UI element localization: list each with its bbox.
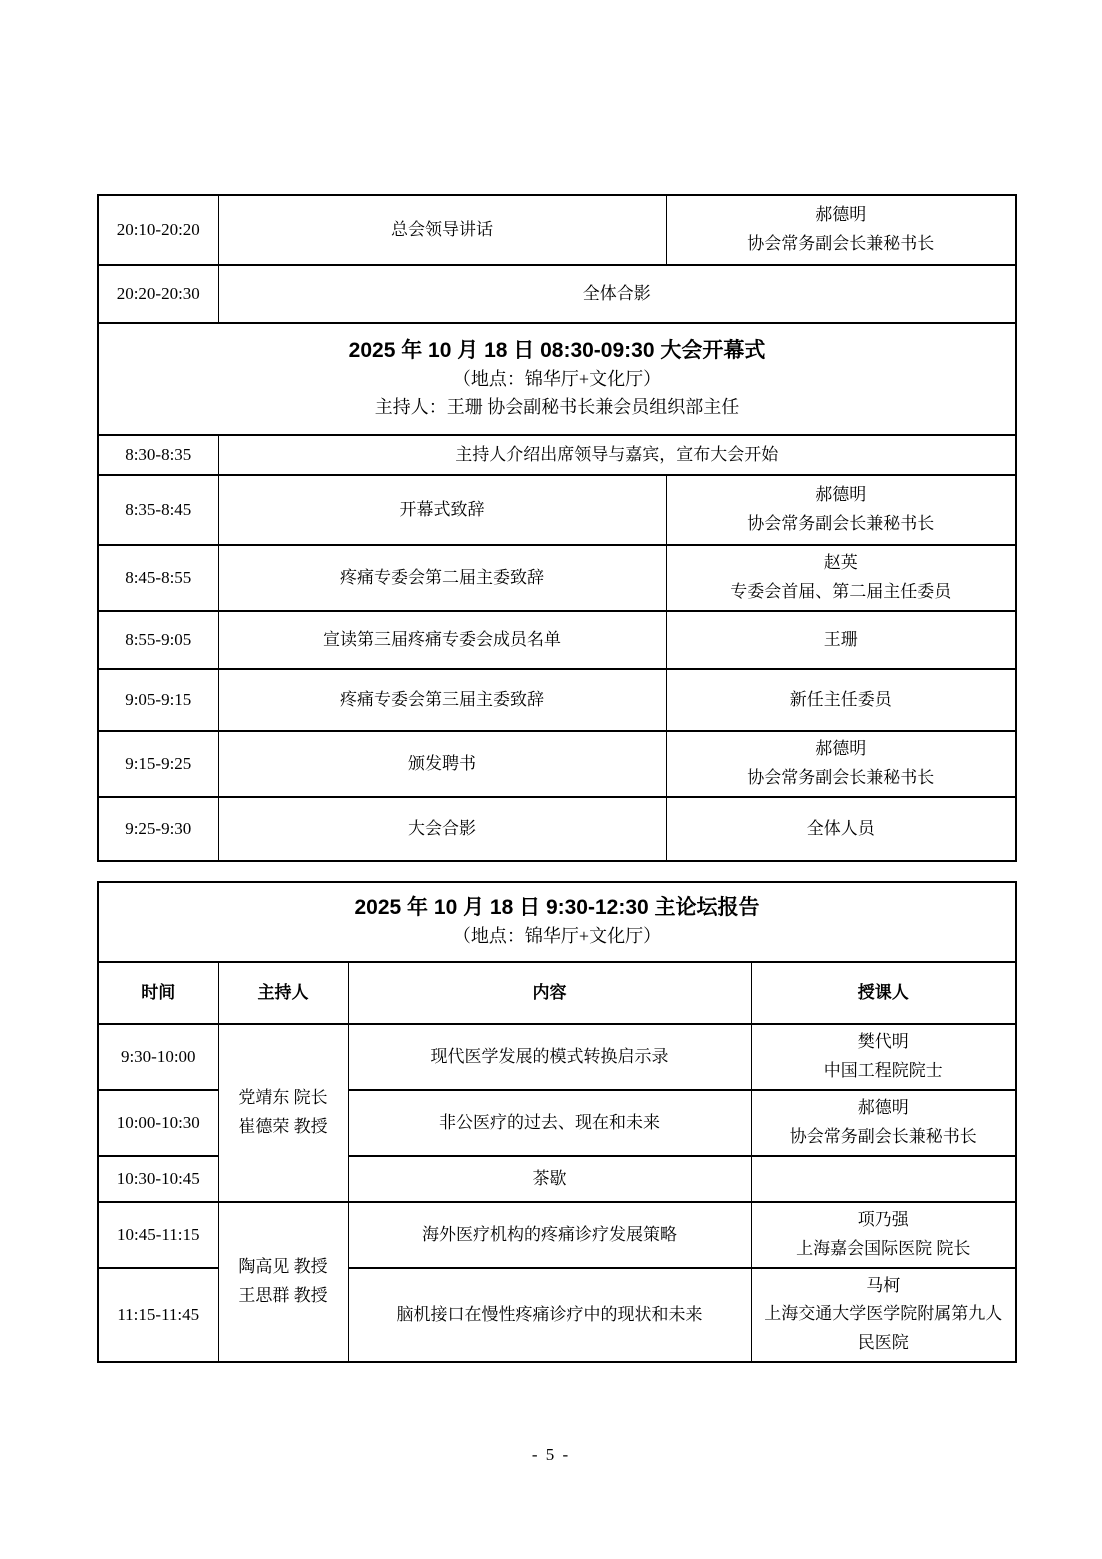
- time-cell: 11:15-11:45: [98, 1268, 218, 1363]
- content-cell: 非公医疗的过去、现在和未来: [348, 1090, 751, 1156]
- person-cell: 郝德明 协会常务副会长兼秘书长: [666, 731, 1016, 797]
- table-row: 8:45-8:55 疼痛专委会第二届主委致辞 赵英 专委会首届、第二届主任委员: [98, 545, 1016, 611]
- host-name: 王思群 教授: [227, 1282, 340, 1311]
- person-cell: 新任主任委员: [666, 669, 1016, 731]
- table-row: 9:05-9:15 疼痛专委会第三届主委致辞 新任主任委员: [98, 669, 1016, 731]
- content-cell: 总会领导讲话: [218, 195, 666, 265]
- time-cell: 8:55-9:05: [98, 611, 218, 669]
- content-cell: 海外医疗机构的疼痛诊疗发展策略: [348, 1202, 751, 1268]
- content-cell: 大会合影: [218, 797, 666, 861]
- person-cell: 赵英 专委会首届、第二届主任委员: [666, 545, 1016, 611]
- person-name: 郝德明: [675, 481, 1008, 510]
- header-time: 时间: [98, 962, 218, 1024]
- section-title: 2025 年 10 月 18 日 08:30-09:30 大会开幕式: [107, 336, 1007, 366]
- speaker-title: 协会常务副会长兼秘书长: [760, 1123, 1008, 1152]
- time-cell: 10:30-10:45: [98, 1156, 218, 1202]
- time-cell: 10:00-10:30: [98, 1090, 218, 1156]
- person-title: 协会常务副会长兼秘书长: [675, 230, 1008, 259]
- table-row: 8:55-9:05 宣读第三届疼痛专委会成员名单 王珊: [98, 611, 1016, 669]
- content-cell: 疼痛专委会第三届主委致辞: [218, 669, 666, 731]
- speaker-cell: 郝德明 协会常务副会长兼秘书长: [751, 1090, 1016, 1156]
- table-row: 2025 年 10 月 18 日 9:30-12:30 主论坛报告 （地点：锦华…: [98, 882, 1016, 962]
- content-cell: 茶歇: [348, 1156, 751, 1202]
- person-title: 协会常务副会长兼秘书长: [675, 510, 1008, 539]
- time-cell: 9:25-9:30: [98, 797, 218, 861]
- speaker-cell: 樊代明 中国工程院院士: [751, 1024, 1016, 1090]
- speaker-cell: 马柯 上海交通大学医学院附属第九人民医院: [751, 1268, 1016, 1363]
- time-cell: 9:15-9:25: [98, 731, 218, 797]
- time-cell: 8:35-8:45: [98, 475, 218, 545]
- speaker-title: 中国工程院院士: [760, 1057, 1008, 1086]
- host-cell: 党靖东 院长 崔德荣 教授: [218, 1024, 348, 1202]
- time-cell: 20:10-20:20: [98, 195, 218, 265]
- header-speaker: 授课人: [751, 962, 1016, 1024]
- speaker-cell: 项乃强 上海嘉会国际医院 院长: [751, 1202, 1016, 1268]
- host-cell: 陶高见 教授 王思群 教授: [218, 1202, 348, 1362]
- time-cell: 8:30-8:35: [98, 435, 218, 475]
- table-row: 20:10-20:20 总会领导讲话 郝德明 协会常务副会长兼秘书长: [98, 195, 1016, 265]
- time-cell: 10:45-11:15: [98, 1202, 218, 1268]
- person-name: 赵英: [675, 549, 1008, 578]
- speaker-name: 樊代明: [760, 1028, 1008, 1057]
- speaker-name: 郝德明: [760, 1094, 1008, 1123]
- person-cell: 王珊: [666, 611, 1016, 669]
- opening-ceremony-table: 20:10-20:20 总会领导讲话 郝德明 协会常务副会长兼秘书长 20:20…: [97, 194, 1017, 862]
- table-row: 9:30-10:00 党靖东 院长 崔德荣 教授 现代医学发展的模式转换启示录 …: [98, 1024, 1016, 1090]
- speaker-name: 项乃强: [760, 1206, 1008, 1235]
- content-cell: 疼痛专委会第二届主委致辞: [218, 545, 666, 611]
- time-cell: 20:20-20:30: [98, 265, 218, 323]
- section-host: 主持人：王珊 协会副秘书长兼会员组织部主任: [107, 394, 1007, 422]
- person-name: 郝德明: [675, 201, 1008, 230]
- time-cell: 8:45-8:55: [98, 545, 218, 611]
- host-name: 陶高见 教授: [227, 1253, 340, 1282]
- section-header: 2025 年 10 月 18 日 9:30-12:30 主论坛报告 （地点：锦华…: [98, 882, 1016, 962]
- table-row: 9:25-9:30 大会合影 全体人员: [98, 797, 1016, 861]
- time-cell: 9:05-9:15: [98, 669, 218, 731]
- content-cell: 脑机接口在慢性疼痛诊疗中的现状和未来: [348, 1268, 751, 1363]
- person-name: 郝德明: [675, 735, 1008, 764]
- speaker-name: 马柯: [760, 1272, 1008, 1301]
- content-cell: 全体合影: [218, 265, 1016, 323]
- table-row: 20:20-20:30 全体合影: [98, 265, 1016, 323]
- content-cell: 开幕式致辞: [218, 475, 666, 545]
- table-row: 10:45-11:15 陶高见 教授 王思群 教授 海外医疗机构的疼痛诊疗发展策…: [98, 1202, 1016, 1268]
- header-content: 内容: [348, 962, 751, 1024]
- section-title: 2025 年 10 月 18 日 9:30-12:30 主论坛报告: [107, 893, 1007, 923]
- person-title: 专委会首届、第二届主任委员: [675, 578, 1008, 607]
- host-name: 崔德荣 教授: [227, 1113, 340, 1142]
- table-row: 9:15-9:25 颁发聘书 郝德明 协会常务副会长兼秘书长: [98, 731, 1016, 797]
- section-location: （地点：锦华厅+文化厅）: [107, 923, 1007, 951]
- host-name: 党靖东 院长: [227, 1084, 340, 1113]
- table-row: 2025 年 10 月 18 日 08:30-09:30 大会开幕式 （地点：锦…: [98, 323, 1016, 435]
- time-cell: 9:30-10:00: [98, 1024, 218, 1090]
- section-header: 2025 年 10 月 18 日 08:30-09:30 大会开幕式 （地点：锦…: [98, 323, 1016, 435]
- person-cell: 郝德明 协会常务副会长兼秘书长: [666, 195, 1016, 265]
- content-cell: 宣读第三届疼痛专委会成员名单: [218, 611, 666, 669]
- person-cell: 郝德明 协会常务副会长兼秘书长: [666, 475, 1016, 545]
- content-cell: 现代医学发展的模式转换启示录: [348, 1024, 751, 1090]
- table-header-row: 时间 主持人 内容 授课人: [98, 962, 1016, 1024]
- header-host: 主持人: [218, 962, 348, 1024]
- person-cell: 全体人员: [666, 797, 1016, 861]
- speaker-cell: [751, 1156, 1016, 1202]
- table-row: 8:30-8:35 主持人介绍出席领导与嘉宾，宣布大会开始: [98, 435, 1016, 475]
- document-page: 20:10-20:20 总会领导讲话 郝德明 协会常务副会长兼秘书长 20:20…: [0, 0, 1102, 1559]
- page-number: - 5 -: [0, 1445, 1102, 1465]
- speaker-title: 上海嘉会国际医院 院长: [760, 1235, 1008, 1264]
- content-cell: 颁发聘书: [218, 731, 666, 797]
- main-forum-table: 2025 年 10 月 18 日 9:30-12:30 主论坛报告 （地点：锦华…: [97, 881, 1017, 1363]
- section-location: （地点：锦华厅+文化厅）: [107, 366, 1007, 394]
- person-title: 协会常务副会长兼秘书长: [675, 764, 1008, 793]
- content-cell: 主持人介绍出席领导与嘉宾，宣布大会开始: [218, 435, 1016, 475]
- table-row: 8:35-8:45 开幕式致辞 郝德明 协会常务副会长兼秘书长: [98, 475, 1016, 545]
- speaker-title: 上海交通大学医学院附属第九人民医院: [760, 1300, 1008, 1358]
